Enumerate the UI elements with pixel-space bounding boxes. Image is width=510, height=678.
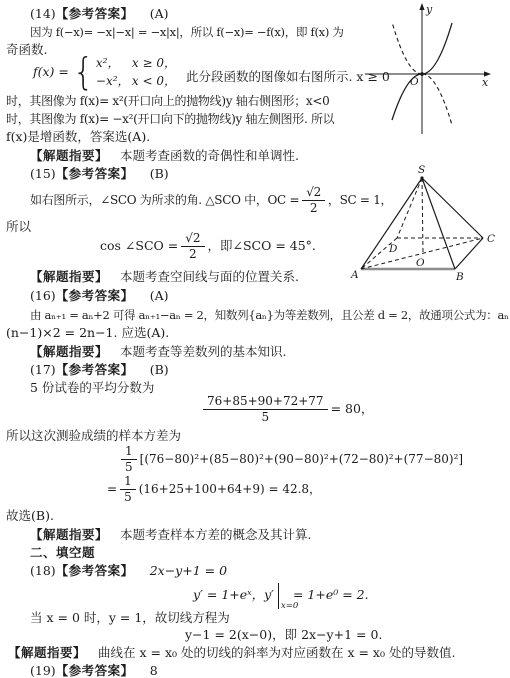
- fraction-sqrt2-over-2: √22: [302, 185, 325, 215]
- q15-line1: 如右图所示，∠SCO 为所求的角. △SCO 中，OC = √22 ，SC = …: [30, 185, 392, 215]
- q17-variance-formula-1: 15 [(76−80)²+(85−80)²+(90−80)²+(72−80)²+…: [118, 444, 463, 474]
- q14-line1: 因为 f(−x)= −x|−x| = −x|x|，所以 f(−x)= −f(x)…: [30, 24, 344, 40]
- q17-answer-label: 【参考答案】: [56, 362, 134, 377]
- q17-line3: 故选(B).: [6, 508, 54, 524]
- q17-line1: 5 份试卷的平均分数为: [30, 380, 154, 396]
- q15-tip-text: 本题考查空间线与面的位置关系.: [120, 269, 299, 284]
- q19-answer-label: 【参考答案】: [56, 663, 134, 678]
- case2-condition: x < 0，: [132, 73, 176, 89]
- q18-tip-label: 【解题指要】: [8, 645, 86, 660]
- curve-dashed-left: [392, 22, 422, 74]
- q16-tip-label: 【解题指要】: [30, 344, 108, 359]
- vertex-label-D: D: [388, 243, 398, 255]
- q14-answer-label: 【参考答案】: [56, 6, 134, 21]
- q16-number: (16): [30, 288, 56, 303]
- q18-number: (18): [30, 563, 56, 578]
- q14-answer-choice: (A): [150, 6, 169, 21]
- edge-SC: [422, 178, 483, 238]
- apex-dot: [420, 176, 423, 179]
- q16-answer-label: 【参考答案】: [56, 288, 134, 303]
- edge-SA: [361, 178, 422, 269]
- q18-derivative-post: = 1+e⁰ = 2.: [293, 587, 369, 603]
- q19-number: (19): [30, 663, 56, 678]
- fraction-numerator: 76+85+90+72+77: [203, 394, 328, 409]
- q15-tip: 【解题指要】本题考查空间线与面的位置关系.: [30, 269, 299, 285]
- q16-tip-text: 本题考查等差数列的基本知识.: [120, 344, 286, 359]
- function-graph-figure: y x O: [358, 0, 506, 142]
- evaluation-bar: x=0: [278, 583, 279, 609]
- fraction-numerator: 1: [120, 474, 136, 489]
- fraction-one-fifth: 15: [121, 444, 137, 474]
- piecewise-brace: {: [73, 53, 94, 91]
- q17-header: (17)【参考答案】(B): [30, 362, 169, 378]
- q14-tip: 【解题指要】本题考查函数的奇偶性和单调性.: [30, 148, 299, 164]
- fraction-mean: 76+85+90+72+775: [203, 394, 328, 424]
- fraction-denominator: 2: [185, 247, 201, 261]
- q14-tip-text: 本题考查函数的奇偶性和单调性.: [120, 148, 299, 163]
- q18-derivative-pre: y′ = 1+eˣ，y′: [193, 587, 274, 603]
- y-axis-arrow-icon: [419, 3, 424, 10]
- q15-header: (15)【参考答案】(B): [30, 166, 169, 182]
- q15-line1-pre: 如右图所示，∠SCO 为所求的角. △SCO 中，OC =: [30, 192, 299, 208]
- q17-tip: 【解题指要】本题考查样本方差的概念及其计算.: [30, 527, 312, 543]
- vertex-label-S: S: [418, 164, 425, 176]
- q14-header: (14)【参考答案】(A): [30, 6, 168, 22]
- q17-number: (17): [30, 362, 56, 377]
- q14-number: (14): [30, 6, 56, 21]
- fraction-denominator: 5: [121, 460, 137, 474]
- origin-label: O: [410, 76, 419, 88]
- q14-line5: f(x)是增函数，答案选(A).: [6, 129, 150, 145]
- q17-line2: 所以这次测验成绩的样本方差为: [6, 428, 181, 444]
- fraction-denominator: 5: [120, 490, 136, 504]
- q17-variance-expr-2: (16+25+100+64+9) = 42.8，: [139, 481, 321, 497]
- piecewise-cases: x²，x ≥ 0， −x²，x < 0，: [96, 55, 176, 89]
- q14-piecewise-function: f(x) = { x²，x ≥ 0， −x²，x < 0， 此分段函数的图像如右…: [33, 54, 390, 90]
- q14-tip-label: 【解题指要】: [30, 148, 108, 163]
- q17-answer-choice: (B): [150, 362, 169, 377]
- q15-cos-equation: cos ∠SCO = √22 ，即∠SCO = 45°.: [100, 231, 316, 261]
- q18-answer-value: 2x−y+1 = 0: [150, 563, 227, 578]
- vertex-label-C: C: [487, 233, 495, 245]
- q18-tangent-equation: y−1 = 2(x−0)，即 2x−y+1 = 0.: [185, 627, 382, 643]
- fraction-numerator: √2: [181, 231, 204, 246]
- piecewise-lhs: f(x) =: [33, 64, 69, 80]
- pyramid-figure: S A B C D O: [350, 162, 510, 302]
- case2-value: −x²，: [96, 73, 132, 89]
- q16-tip: 【解题指要】本题考查等差数列的基本知识.: [30, 344, 287, 360]
- curve-solid-right: [422, 23, 452, 74]
- q17-variance-formula-2: = 15 (16+25+100+64+9) = 42.8，: [107, 474, 321, 504]
- section-fill-in-blanks-title: 二、填空题: [30, 545, 95, 561]
- edge-SB: [422, 178, 455, 269]
- q15-answer-choice: (B): [150, 166, 169, 181]
- exam-answer-page: { "q14": { "header": {"num": "(14)", "la…: [0, 0, 510, 678]
- q18-answer-label: 【参考答案】: [56, 563, 134, 578]
- y-axis-label: y: [425, 3, 433, 16]
- q17-mean-formula: 76+85+90+72+775 = 80，: [200, 394, 373, 424]
- q17-equals-sign: =: [107, 481, 117, 497]
- q18-tip: 【解题指要】曲线在 x = x₀ 处的切线的斜率为对应函数在 x = x₀ 处的…: [8, 645, 455, 661]
- evaluation-subscript: x=0: [281, 598, 298, 614]
- q17-mean-result: = 80，: [331, 401, 374, 417]
- q16-line1: 由 aₙ₊₁ = aₙ+2 可得 aₙ₊₁−aₙ = 2，知数列{aₙ}为等差数…: [30, 307, 510, 323]
- fraction-numerator: 1: [121, 444, 137, 459]
- q17-tip-label: 【解题指要】: [30, 527, 108, 542]
- q15-line2: 所以: [6, 219, 31, 235]
- q18-header: (18)【参考答案】2x−y+1 = 0: [30, 563, 227, 579]
- q18-line1: 当 x = 0 时，y = 1，故切线方程为: [30, 610, 230, 626]
- case1-condition: x ≥ 0，: [132, 55, 176, 71]
- q15-number: (15): [30, 166, 56, 181]
- fraction-denominator: 5: [257, 410, 273, 424]
- q19-header: (19)【参考答案】8: [30, 663, 158, 678]
- q17-tip-text: 本题考查样本方差的概念及其计算.: [120, 527, 311, 542]
- case1-value: x²，: [96, 55, 132, 71]
- q15-cos-post: ，即∠SCO = 45°.: [208, 238, 316, 254]
- fraction-one-fifth: 15: [120, 474, 136, 504]
- edge-BC: [455, 238, 483, 269]
- q14-line3: 时，其图像为 f(x)= x²(开口向上的抛物线)y 轴右侧图形；x<0: [6, 93, 329, 109]
- vertex-label-A: A: [350, 269, 359, 281]
- fraction-numerator: √2: [302, 185, 325, 200]
- curve-dashed-right: [422, 74, 452, 125]
- vertex-label-B: B: [455, 271, 464, 283]
- edge-SD: [397, 178, 422, 238]
- q18-tip-text: 曲线在 x = x₀ 处的切线的斜率为对应函数在 x = x₀ 处的导数值.: [98, 645, 455, 660]
- piecewise-case1: x²，x ≥ 0，: [96, 55, 176, 71]
- q16-header: (16)【参考答案】(A): [30, 288, 168, 304]
- height-SO: [422, 178, 423, 253]
- q16-answer-choice: (A): [150, 288, 169, 303]
- fraction-sqrt2-over-2: √22: [181, 231, 204, 261]
- fraction-denominator: 2: [306, 201, 321, 215]
- piecewise-case2: −x²，x < 0，: [96, 73, 176, 89]
- q16-line2: (n−1)×2 = 2n−1. 应选(A).: [6, 325, 169, 341]
- origin-dot: [420, 72, 424, 76]
- q18-derivative-formula: y′ = 1+eˣ，y′ x=0 = 1+e⁰ = 2.: [193, 580, 369, 610]
- q15-tip-label: 【解题指要】: [30, 269, 108, 284]
- x-axis-label: x: [482, 76, 489, 89]
- q19-answer-value: 8: [150, 663, 158, 678]
- q14-line4: 时，其图像为 f(x)= −x²(开口向下的抛物线)y 轴左侧图形. 所以: [6, 111, 334, 127]
- center-label-O: O: [416, 257, 425, 269]
- q17-variance-expr-1: [(76−80)²+(85−80)²+(90−80)²+(72−80)²+(77…: [140, 451, 463, 467]
- q15-answer-label: 【参考答案】: [56, 166, 134, 181]
- q15-cos-pre: cos ∠SCO =: [100, 238, 178, 254]
